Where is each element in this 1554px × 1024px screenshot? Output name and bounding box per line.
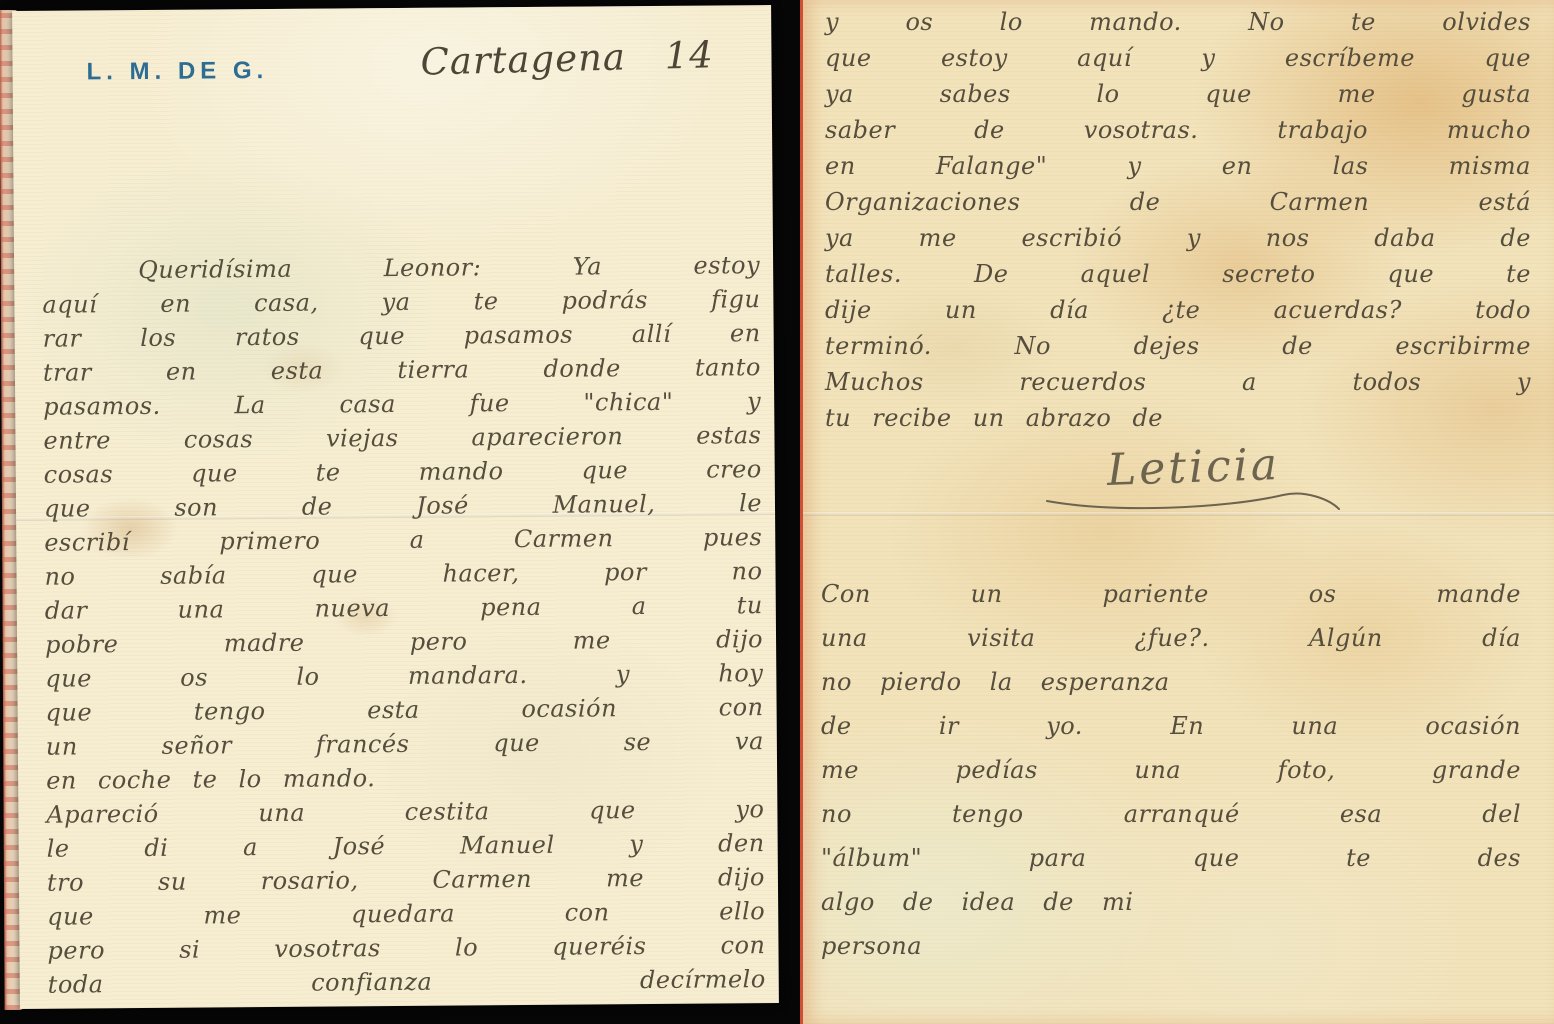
handwritten-line: pero si vosotras lo queréis con [47, 928, 765, 968]
signature-block: Leticia [1033, 442, 1353, 515]
handwritten-line: persona [821, 924, 1521, 968]
letterhead: L. M. DE G. [86, 57, 268, 86]
letter-body-right-bottom: Con un pariente os mande una visita ¿fue… [821, 572, 1521, 968]
handwritten-line: rar los ratos que pasamos allí en [43, 316, 761, 356]
handwritten-line: Con un pariente os mande [821, 572, 1521, 616]
handwritten-line: talles. De aquel secreto que te [825, 256, 1531, 292]
handwritten-line: de ir yo. En una ocasión [821, 704, 1521, 748]
handwritten-line: que estoy aquí y escríbeme que [825, 40, 1531, 76]
letter-body-left: Queridísima Leonor: Ya estoy aquí en cas… [42, 248, 766, 1002]
handwritten-line: en Falange" y en las misma [825, 148, 1531, 184]
handwritten-line: algo de idea de mi [821, 880, 1521, 924]
handwritten-line: me pedías una foto, grande [821, 748, 1521, 792]
handwritten-line: ya me escribió y nos daba de [825, 220, 1531, 256]
letter-page-right: y os lo mando. No te olvides que estoy a… [800, 0, 1554, 1024]
handwritten-line: Organizaciones de Carmen está [825, 184, 1531, 220]
handwritten-line: y os lo mando. No te olvides [825, 4, 1531, 40]
handwritten-line: entre cosas viejas aparecieron estas [43, 418, 761, 458]
handwritten-line: dije un día ¿te acuerdas? todo [825, 292, 1531, 328]
handwritten-line: que tengo esta ocasión con [45, 690, 763, 730]
handwritten-line: cosas que te mando que creo [44, 452, 762, 492]
handwritten-line: no sabía que hacer, por no [44, 554, 762, 594]
handwritten-line: no tengo arranqué esa del [821, 792, 1521, 836]
dateline: Cartagena 14 [420, 32, 751, 83]
handwritten-line: pasamos. La casa fue "chica" y [43, 384, 761, 424]
handwritten-line: "álbum" para que te des [821, 836, 1521, 880]
handwritten-line: toda confianza decírmelo [48, 962, 766, 1002]
letter-page-left: L. M. DE G. Cartagena 14 Queridísima Leo… [12, 5, 779, 1009]
handwritten-line: una visita ¿fue?. Algún día [821, 616, 1521, 660]
handwritten-line: le di a José Manuel y den [47, 826, 765, 866]
handwritten-line: no pierdo la esperanza [821, 660, 1521, 704]
handwritten-line: terminó. No dejes de escribirme [825, 328, 1531, 364]
letter-body-right-top: y os lo mando. No te olvides que estoy a… [825, 4, 1531, 436]
handwritten-line: escribí primero a Carmen pues [44, 520, 762, 560]
handwritten-line: que son de José Manuel, le [44, 486, 762, 526]
handwritten-line: tro su rosario, Carmen me dijo [47, 860, 765, 900]
handwritten-line: Apareció una cestita que yo [46, 792, 764, 832]
handwritten-line: dar una nueva pena a tu [45, 588, 763, 628]
signature: Leticia [1106, 439, 1281, 496]
handwritten-line: trar en esta tierra donde tanto [43, 350, 761, 390]
handwritten-line: Muchos recuerdos a todos y [825, 364, 1531, 400]
handwritten-line: tu recibe un abrazo de [825, 400, 1531, 436]
handwritten-line: en coche te lo mando. [46, 758, 764, 798]
handwritten-line: que me quedara con ello [47, 894, 765, 934]
handwritten-line: pobre madre pero me dijo [45, 622, 763, 662]
handwritten-line: Queridísima Leonor: Ya estoy [42, 248, 760, 288]
handwritten-line: saber de vosotras. trabajo mucho [825, 112, 1531, 148]
handwritten-line: aquí en casa, ya te podrás figu [42, 282, 760, 322]
handwritten-line: que os lo mandara. y hoy [45, 656, 763, 696]
handwritten-line: un señor francés que se va [46, 724, 764, 764]
handwritten-line: ya sabes lo que me gusta [825, 76, 1531, 112]
